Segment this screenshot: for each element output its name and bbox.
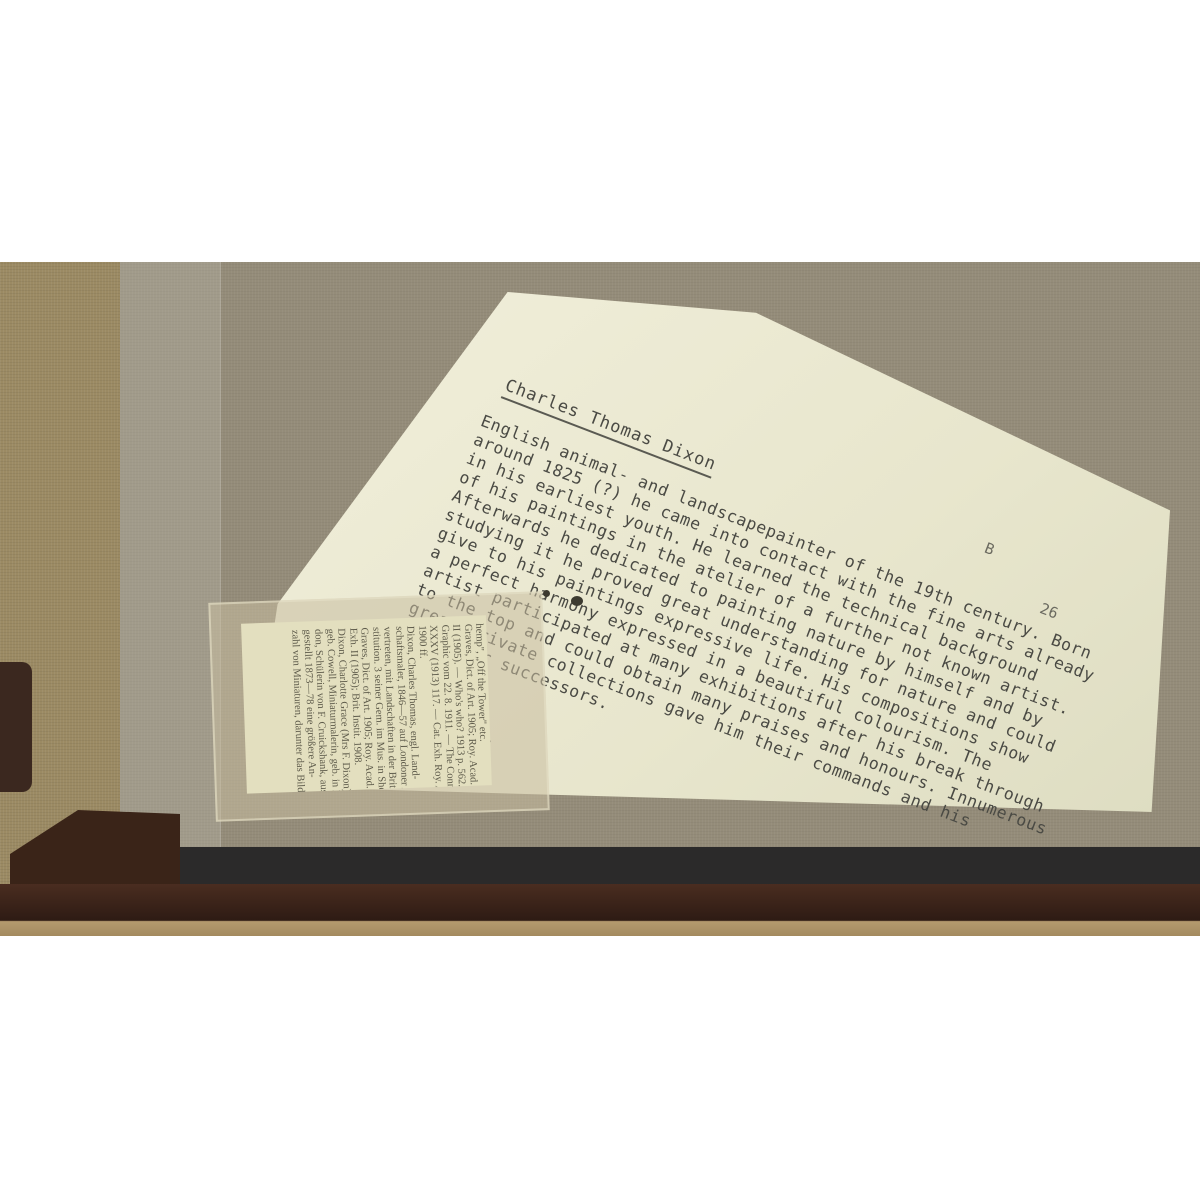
frame-bottom-edge — [0, 884, 1200, 936]
frame-inner-rail — [170, 847, 1200, 887]
frame-knob — [0, 662, 32, 792]
clipping-sleeve: Acad. Exh. 1910, „In the days of oak and… — [208, 591, 549, 822]
clipping-text: Acad. Exh. 1910, „In the days of oak and… — [289, 623, 492, 794]
newspaper-clipping: Acad. Exh. 1910, „In the days of oak and… — [241, 615, 492, 793]
photograph: Charles Thomas Dixon English animal- and… — [0, 262, 1200, 936]
ink-spot — [543, 590, 550, 597]
ink-spot — [571, 596, 583, 606]
plastic-sleeve-edge — [120, 262, 221, 862]
